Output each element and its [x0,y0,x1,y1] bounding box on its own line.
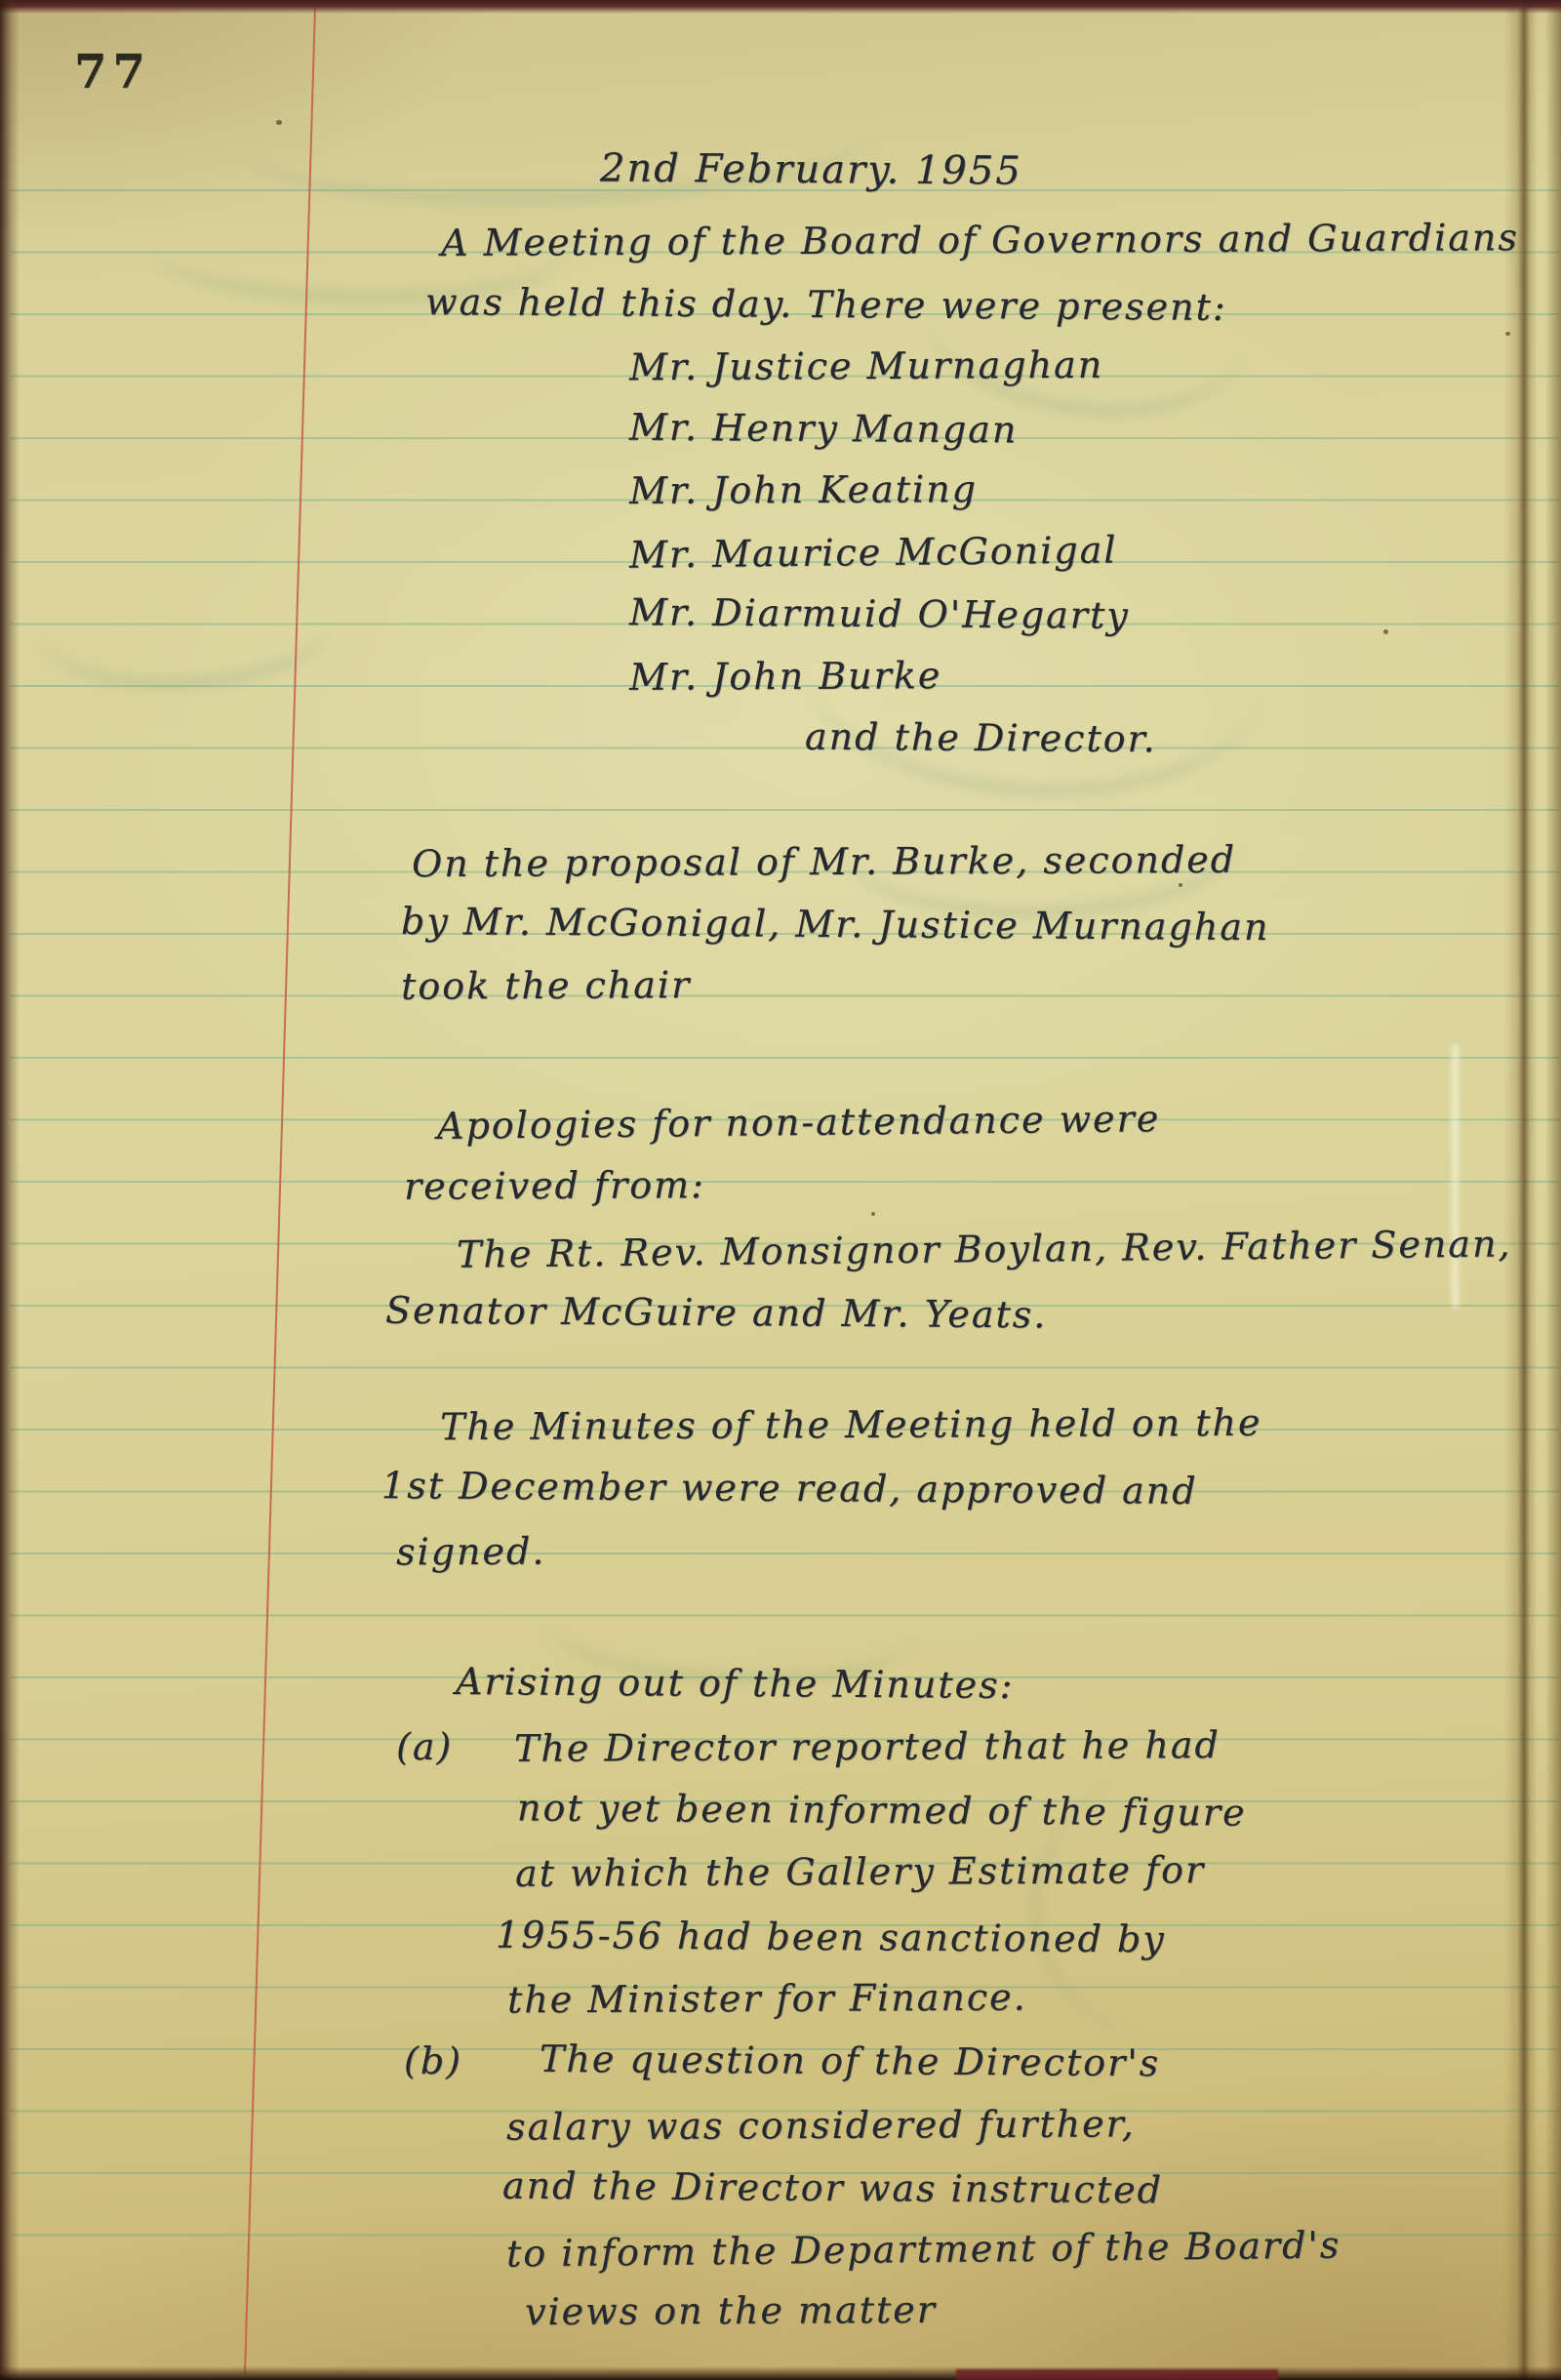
binding-edge-bottom-red [956,2369,1278,2380]
page-edge-right [1545,0,1561,2380]
handwritten-line: took the chair [401,965,691,1007]
attendee-line: Mr. John Burke [629,656,941,698]
attendee-line: Mr. Maurice McGonigal [629,530,1118,576]
handwritten-line: The question of the Director's [540,2039,1160,2084]
handwritten-line: The Director reported that he had [514,1725,1221,1770]
handwritten-line: to inform the Department of the Board's [506,2226,1341,2276]
section-heading: Arising out of the Minutes: [456,1662,1015,1707]
page-gutter-crease [1504,0,1545,2380]
paper-speck [1179,883,1182,887]
attendee-line: Mr. Justice Murnaghan [629,345,1103,388]
handwritten-line: not yet been informed of the figure [517,1788,1247,1834]
handwritten-line: was held this day. There were present: [425,282,1227,329]
attendee-line: and the Director. [805,717,1157,760]
attendee-line: Mr. Henry Mangan [629,408,1019,452]
handwritten-line: On the proposal of Mr. Burke, seconded [412,840,1236,885]
handwritten-line: signed. [396,1532,546,1574]
handwritten-line: salary was considered further, [506,2104,1136,2148]
attendee-line: Mr. Diarmuid O'Hegarty [629,592,1130,636]
attendee-line: Mr. John Keating [629,469,978,512]
handwritten-line: and the Director was instructed [502,2166,1163,2212]
date-heading: 2nd February. 1955 [600,146,1022,192]
handwritten-line: by Mr. McGonigal, Mr. Justice Murnaghan [401,902,1270,948]
handwritten-line: Apologies for non-attendance were [437,1099,1161,1148]
minute-book-page-scan: 77 2nd February. 1955 A Meeting of the B… [0,0,1561,2380]
paper-speck [1383,629,1388,634]
handwritten-line: A Meeting of the Board of Governors and … [441,218,1519,264]
item-marker: (b) [404,2041,462,2082]
paper-speck [276,120,282,125]
item-marker: (a) [396,1727,454,1768]
handwritten-line: at which the Gallery Estimate for [515,1850,1205,1894]
page-number: 77 [74,45,151,100]
handwritten-line: 1st December were read, approved and [381,1466,1198,1513]
handwritten-line: 1955-56 had been sanctioned by [496,1916,1166,1961]
binding-edge-top [0,0,1561,14]
binding-edge-left [0,0,20,2380]
handwritten-line: the Minister for Finance. [507,1978,1027,2022]
paper-speck [871,1212,875,1216]
binding-edge-bottom [0,2366,1561,2380]
handwritten-line: The Minutes of the Meeting held on the [440,1403,1262,1448]
handwritten-line: received from: [404,1165,705,1207]
handwritten-line: Senator McGuire and Mr. Yeats. [385,1291,1048,1337]
paper-crease [1452,1044,1459,1308]
handwritten-line: views on the matter [525,2290,937,2333]
